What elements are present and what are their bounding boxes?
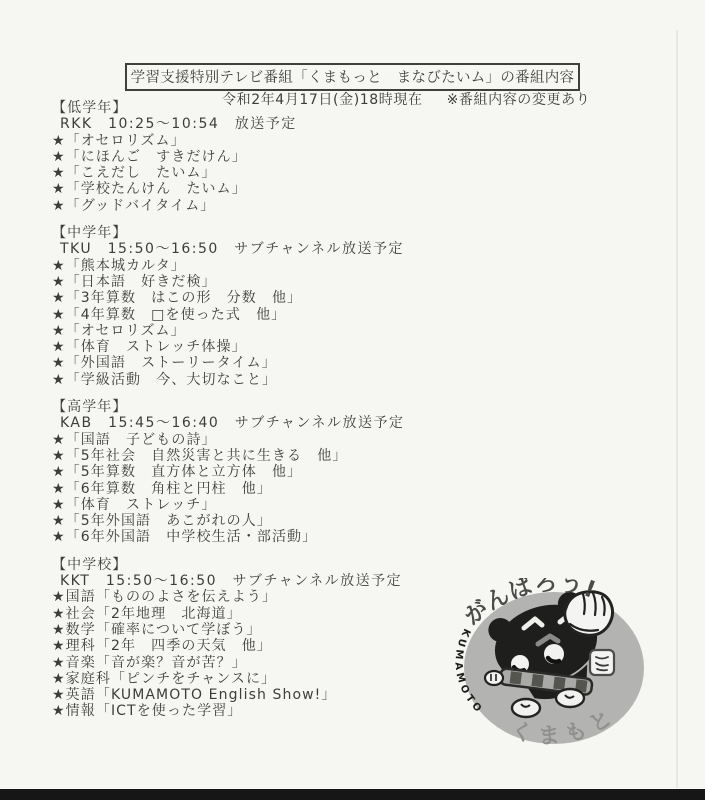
section-items: ★「国語 子どもの詩」★「5年社会 自然災害と共に生きる 他」★「5年算数 直方… <box>52 432 404 546</box>
section-items: ★「オセロリズム」★「にほんご すきだけん」★「こえだし たいム」★「学校たんけ… <box>52 133 404 214</box>
program-item: ★「6年外国語 中学校生活・部活動」 <box>52 529 404 545</box>
section-schedule: TKU 15:50～16:50 サブチャンネル放送予定 <box>52 241 404 257</box>
program-item: ★「5年算数 直方体と立方体 他」 <box>52 464 404 480</box>
program-item: ★理科「2年 四季の天気 他」 <box>52 638 404 654</box>
program-item: ★「にほんご すきだけん」 <box>52 149 404 165</box>
program-item: ★「5年社会 自然災害と共に生きる 他」 <box>52 448 404 464</box>
section-middle-grades: 【中学年】 TKU 15:50～16:50 サブチャンネル放送予定 ★「熊本城カ… <box>52 225 404 388</box>
program-list: 【低学年】 RKK 10:25～10:54 放送予定 ★「オセロリズム」★「にほ… <box>52 100 404 731</box>
section-schedule: KKT 15:50～16:50 サブチャンネル放送予定 <box>52 573 404 589</box>
program-item: ★情報「ICTを使った学習」 <box>52 703 404 719</box>
section-heading: 【高学年】 <box>52 399 404 415</box>
scan-crease-line <box>676 30 678 788</box>
program-item: ★「日本語 好きだ検」 <box>52 274 404 290</box>
program-item: ★「学校たんけん たいム」 <box>52 181 404 197</box>
section-items: ★国語「もののよさを伝えよう」★社会「2年地理 北海道」★数学「確率について学ぼ… <box>52 589 404 719</box>
section-lower-grades: 【低学年】 RKK 10:25～10:54 放送予定 ★「オセロリズム」★「にほ… <box>52 100 404 214</box>
program-item: ★「国語 子どもの詩」 <box>52 432 404 448</box>
program-item: ★「体育 ストレッチ体操」 <box>52 339 404 355</box>
scan-edge-bar <box>0 789 705 800</box>
program-item: ★英語「KUMAMOTO English Show!」 <box>52 687 404 703</box>
section-schedule: KAB 15:45～16:40 サブチャンネル放送予定 <box>52 415 404 431</box>
program-item: ★「5年外国語 あこがれの人」 <box>52 513 404 529</box>
change-note: ※番組内容の変更あり <box>447 89 591 109</box>
hanko-stamp <box>590 650 614 675</box>
title-row: 学習支援特別テレビ番組「くまもっと まなびたいム」の番組内容 <box>0 63 705 91</box>
program-item: ★「オセロリズム」 <box>52 323 404 339</box>
section-upper-grades: 【高学年】 KAB 15:45～16:40 サブチャンネル放送予定 ★「国語 子… <box>52 399 404 546</box>
program-item: ★音楽「音が楽？音が苦？」 <box>52 655 404 671</box>
section-heading: 【低学年】 <box>52 100 404 116</box>
program-item: ★「熊本城カルタ」 <box>52 258 404 274</box>
scanned-document-page: 学習支援特別テレビ番組「くまもっと まなびたいム」の番組内容 令和2年4月17日… <box>0 0 705 800</box>
ganbarou-kumamoto-badge: がんばろう! KUMAMOTO くまもと <box>454 578 654 750</box>
program-item: ★「学級活動 今、大切なこと」 <box>52 372 404 388</box>
program-item: ★数学「確率について学ぼう」 <box>52 622 404 638</box>
program-item: ★「4年算数 □を使った式 他」 <box>52 307 404 323</box>
program-item: ★「グッドバイタイム」 <box>52 198 404 214</box>
program-item: ★社会「2年地理 北海道」 <box>52 606 404 622</box>
program-item: ★家庭科「ピンチをチャンスに」 <box>52 671 404 687</box>
program-item: ★国語「もののよさを伝えよう」 <box>52 589 404 605</box>
program-item: ★「体育 ストレッチ」 <box>52 497 404 513</box>
section-schedule: RKK 10:25～10:54 放送予定 <box>52 116 404 132</box>
program-item: ★「こえだし たいム」 <box>52 165 404 181</box>
section-items: ★「熊本城カルタ」★「日本語 好きだ検」★「3年算数 はこの形 分数 他」★「4… <box>52 258 404 388</box>
section-junior-high: 【中学校】 KKT 15:50～16:50 サブチャンネル放送予定 ★国語「もの… <box>52 557 404 720</box>
program-item: ★「6年算数 角柱と円柱 他」 <box>52 481 404 497</box>
document-title: 学習支援特別テレビ番組「くまもっと まなびたいム」の番組内容 <box>125 63 581 91</box>
program-item: ★「3年算数 はこの形 分数 他」 <box>52 290 404 306</box>
program-item: ★「外国語 ストーリータイム」 <box>52 355 404 371</box>
section-heading: 【中学年】 <box>52 225 404 241</box>
section-heading: 【中学校】 <box>52 557 404 573</box>
program-item: ★「オセロリズム」 <box>52 133 404 149</box>
